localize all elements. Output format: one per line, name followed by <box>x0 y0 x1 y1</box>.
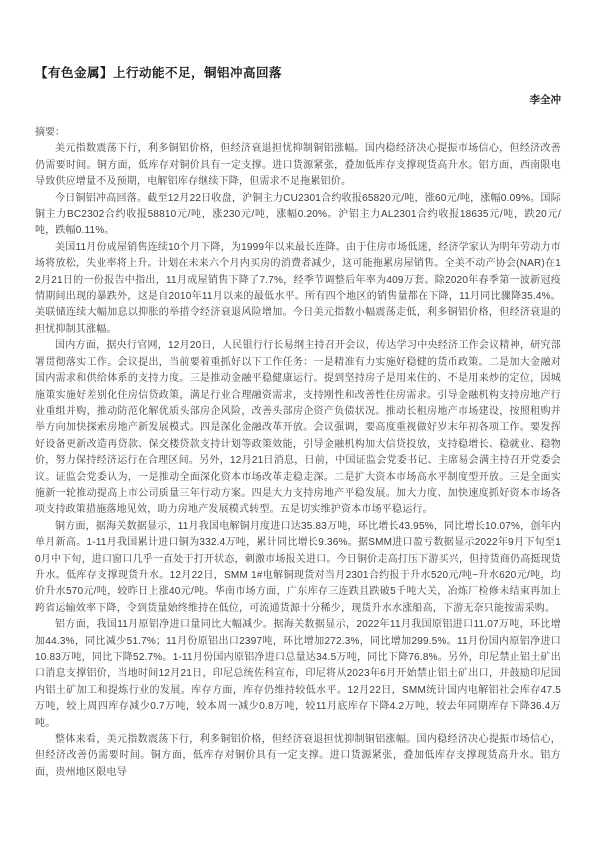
page-title: 【有色金属】上行动能不足，铜铝冲高回落 <box>35 66 561 81</box>
paragraph-market-close: 今日铜铝冲高回落。截至12月22日收盘，沪铜主力CU2301合约收报65820元… <box>35 191 561 240</box>
article-body: 美元指数震荡下行，利多铜铝价格，但经济衰退担忧抑制铜铝涨幅。国内稳经济决心提振市… <box>35 141 561 781</box>
paragraph-abstract: 美元指数震荡下行，利多铜铝价格，但经济衰退担忧抑制铜铝涨幅。国内稳经济决心提振市… <box>35 141 561 190</box>
author-name: 李全冲 <box>35 94 561 107</box>
paragraph-us-macro: 美国11月份成屋销售连续10个月下降，为1999年以来最长连降。由于住房市场低迷… <box>35 240 561 338</box>
paragraph-domestic-policy: 国内方面，据央行官网，12月20日，人民银行行长易纲主持召开会议，传达学习中央经… <box>35 338 561 518</box>
paragraph-summary: 整体来看，美元指数震荡下行，利多铜铝价格，但经济衰退担忧抑制铜铝涨幅。国内稳经济… <box>35 732 561 781</box>
abstract-label: 摘要： <box>35 125 561 141</box>
paragraph-aluminum: 铝方面，我国11月原铝净进口量同比大幅减少。据海关数据显示，2022年11月我国… <box>35 617 561 732</box>
document-page: 【有色金属】上行动能不足，铜铝冲高回落 李全冲 摘要： 美元指数震荡下行，利多铜… <box>0 0 595 842</box>
paragraph-copper: 铜方面，据海关数据显示，11月我国电解铜月度进口达35.83万吨，环比增长43.… <box>35 519 561 617</box>
